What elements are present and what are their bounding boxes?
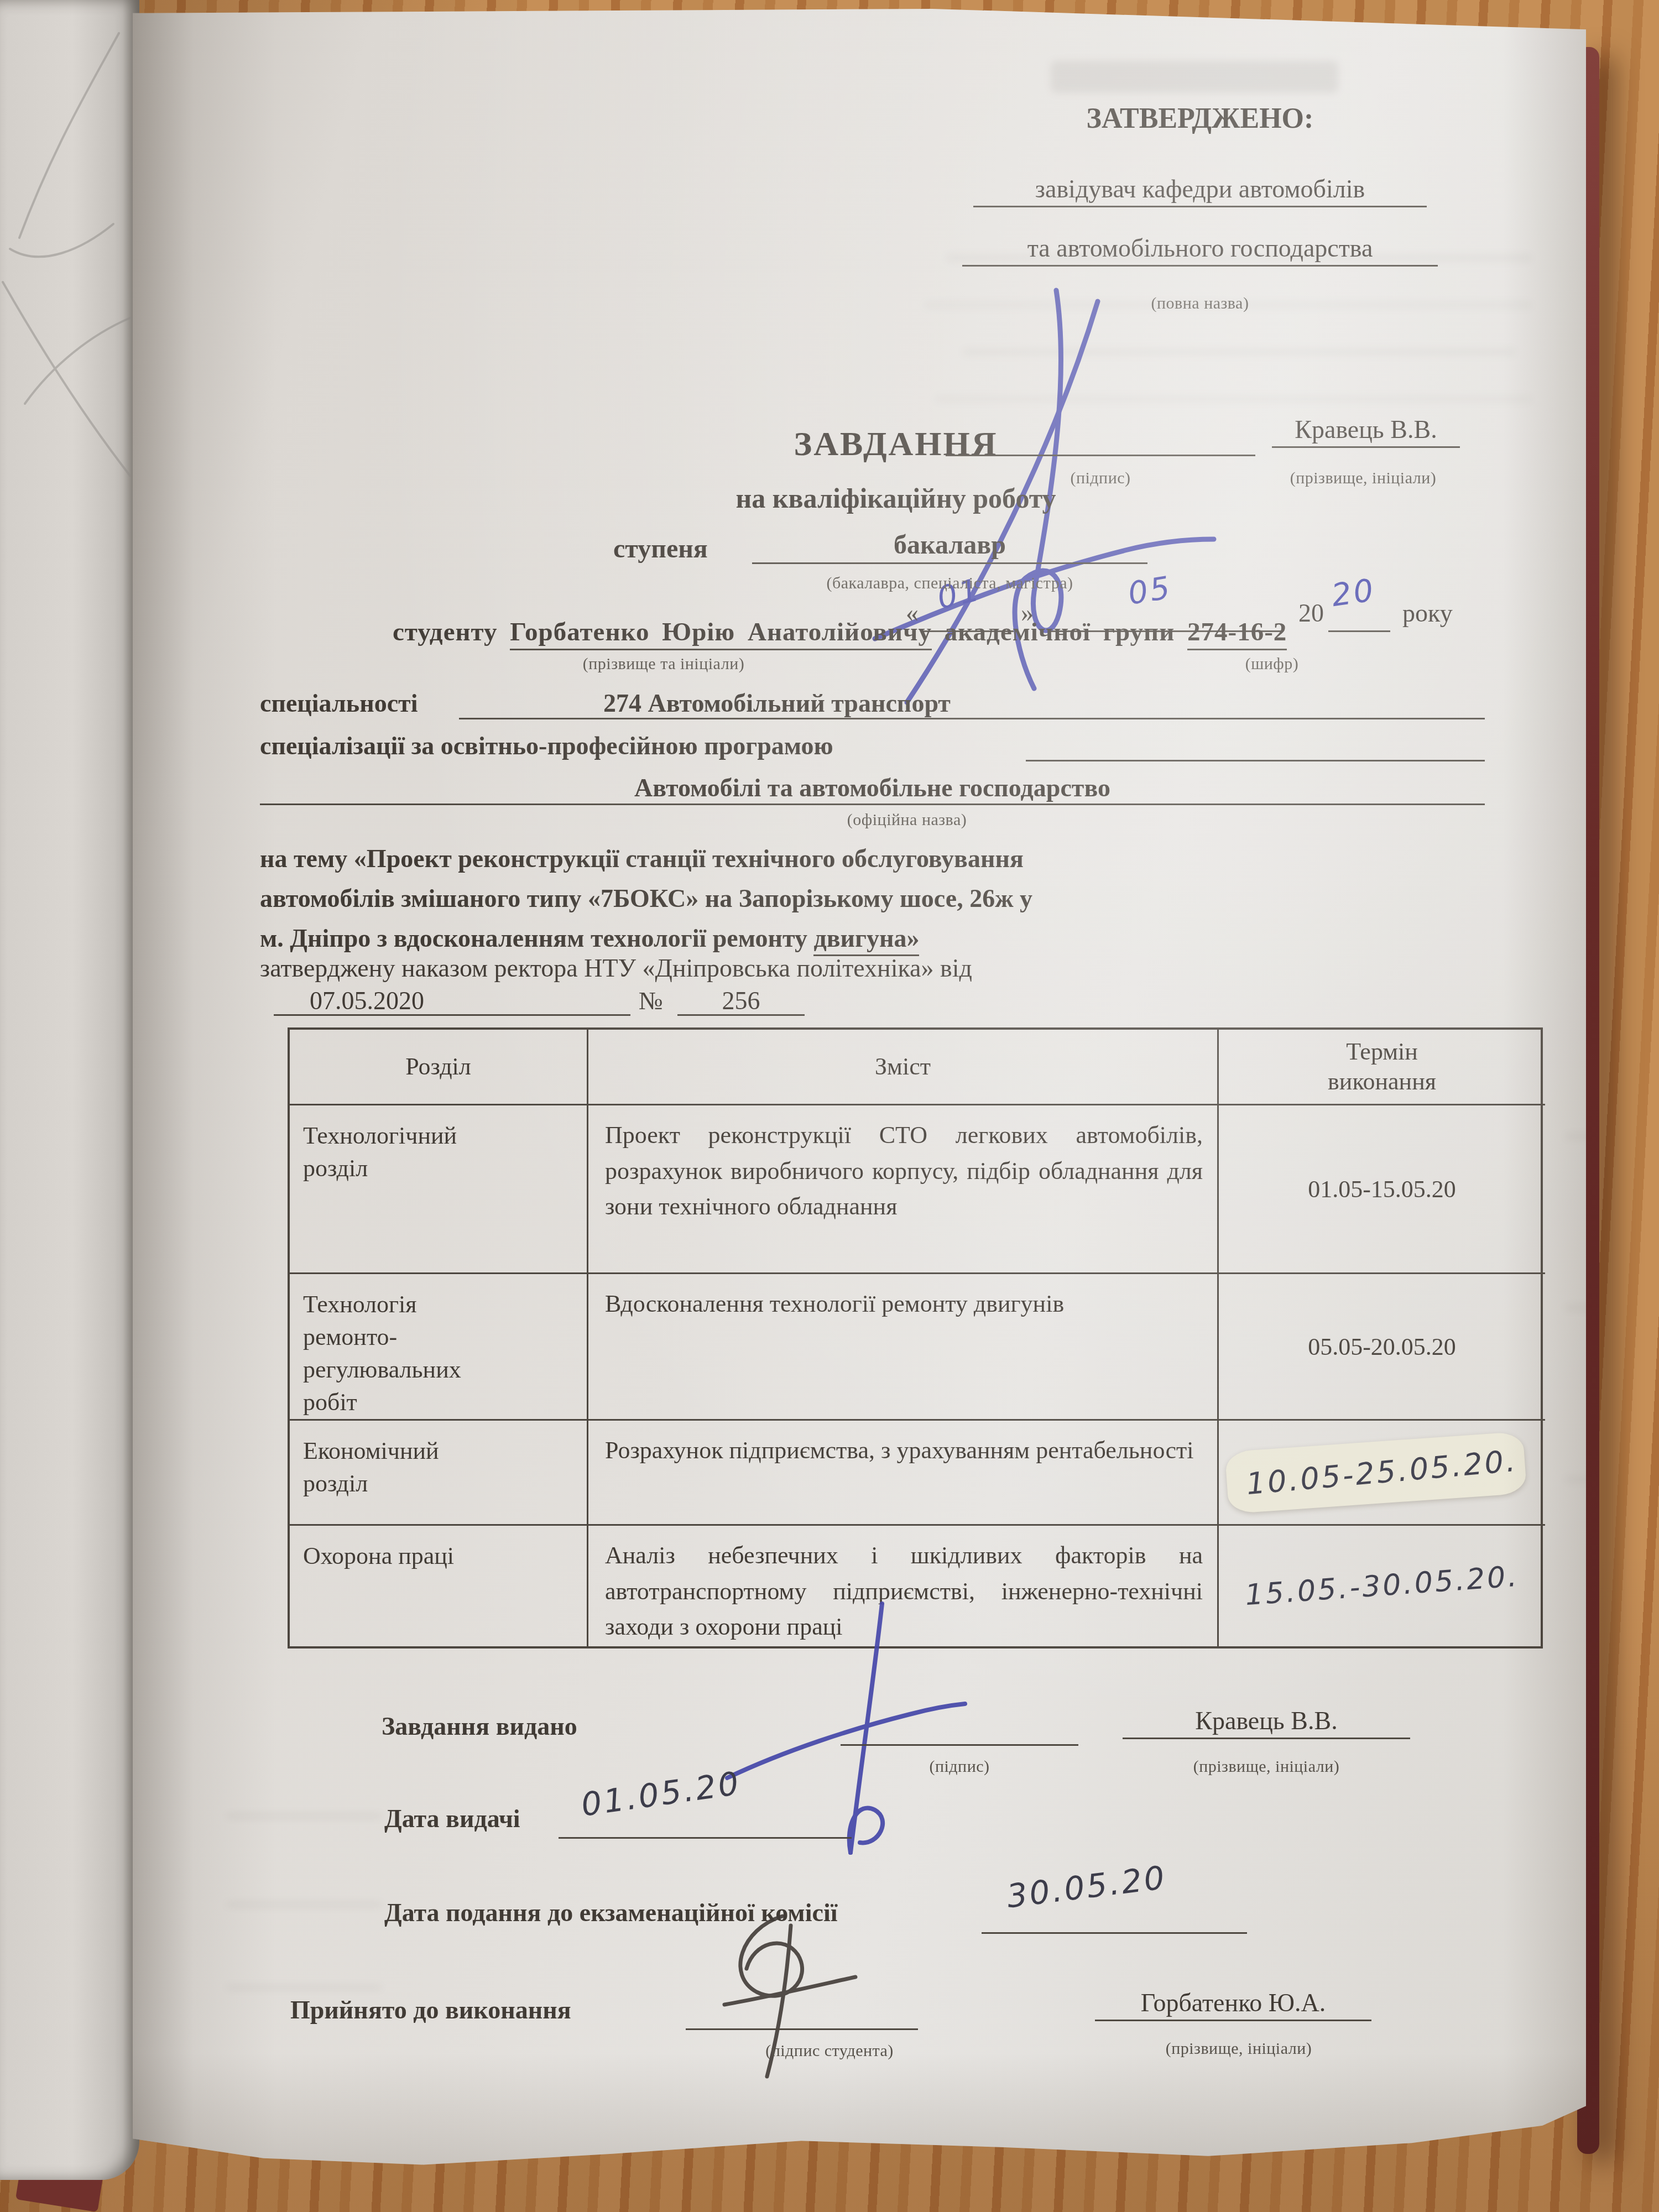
order-number: 256 — [677, 986, 805, 1015]
accepted-signature-line — [686, 1996, 918, 2030]
table-row-term-cell: 15.05.-30.05.20. — [1219, 1526, 1545, 1646]
table-row-section: Економічний розділ — [290, 1421, 588, 1526]
pencil-marks — [0, 22, 138, 520]
date-year-printed: 20 — [1298, 598, 1324, 628]
accepted-name-caption: (прізвище, ініціали) — [1100, 2039, 1377, 2058]
issue-date-label: Дата видачі — [384, 1804, 520, 1833]
degree-caption: (бакалавра, спеціаліста, магістра) — [752, 574, 1147, 593]
degree-value: бакалавр — [752, 530, 1147, 564]
submission-date-line — [982, 1898, 1247, 1934]
student-name: Горбатенко Юрію Анатолійовичу — [510, 618, 932, 650]
topic-line2: автомобілів змішаного типу «7БОКС» на За… — [260, 884, 1548, 913]
approver-position-line1: завідувач кафедри автомобілів — [973, 174, 1427, 207]
accepted-label: Прийнято до виконання — [290, 1995, 571, 2025]
table-header-content: Зміст — [588, 1030, 1219, 1105]
document-subtitle: на кваліфікаційну роботу — [252, 482, 1540, 514]
topic-line3: м. Дніпро з вдосконаленням технології ре… — [260, 924, 1548, 953]
specialty-value: 274 Автомобільний транспорт — [459, 688, 1095, 718]
program-caption: (офіційна назва) — [741, 811, 1073, 830]
work-plan-table: Розділ Зміст Термін виконання Технологіч… — [288, 1027, 1543, 1648]
student-line: студенту Горбатенко Юрію Анатолійовичу а… — [393, 617, 1287, 647]
bleed-through-line — [1565, 1305, 1659, 1311]
specialization-label: спеціалізації за освітньо-професійною пр… — [260, 731, 833, 760]
student-name-caption: (прізвище та ініціали) — [520, 655, 807, 674]
table-row-term-cell: 10.05-25.05.20. — [1219, 1421, 1545, 1526]
table-row-term-handwritten: 15.05.-30.05.20. — [1244, 1560, 1520, 1612]
approved-heading: ЗАТВЕРДЖЕНО: — [907, 102, 1493, 135]
table-row-section: Технологія ремонто- регулювальних робіт — [290, 1274, 588, 1421]
document-title: ЗАВДАННЯ — [252, 425, 1540, 464]
table-row-term: 05.05-20.05.20 — [1219, 1274, 1545, 1421]
issued-signature-line — [841, 1713, 1078, 1746]
bleed-through-line — [1565, 1134, 1659, 1139]
table-row-content: Вдосконалення технології ремонту двигуні… — [588, 1274, 1219, 1421]
issued-name: Кравець В.В. — [1123, 1706, 1410, 1739]
table-header-term: Термін виконання — [1219, 1030, 1545, 1105]
issued-signature-caption: (підпис) — [852, 1757, 1067, 1776]
group-code: 274-16-2 — [1187, 618, 1287, 650]
issued-name-caption: (прізвище, ініціали) — [1123, 1757, 1410, 1776]
table-row-term: 01.05-15.05.20 — [1219, 1105, 1545, 1274]
topic-line1: на тему «Проект реконструкції станції те… — [260, 844, 1548, 873]
topic-line3-text: м. Дніпро з вдосконаленням технології ре… — [260, 924, 813, 952]
table-row-content: Проект реконструкції СТО легкових автомо… — [588, 1105, 1219, 1274]
accepted-signature-caption: (підпис студента) — [702, 2042, 957, 2060]
table-row-content: Розрахунок підприємства, з урахуванням р… — [588, 1421, 1219, 1526]
table-header-section: Розділ — [290, 1030, 588, 1105]
specialization-line — [1026, 730, 1485, 761]
issued-label: Завдання видано — [382, 1712, 577, 1741]
specialty-label: спеціальності — [260, 688, 418, 718]
topic-line3-underlined: двигуна» — [813, 924, 919, 956]
previous-page — [0, 0, 139, 2180]
order-line: затверджену наказом ректора НТУ «Дніпров… — [260, 953, 1548, 983]
bleed-through-line — [227, 1814, 382, 1818]
bleed-through-line — [1565, 1477, 1659, 1482]
order-number-sign: № — [639, 986, 663, 1015]
bleed-through-line — [227, 1902, 382, 1907]
degree-label: ступеня — [613, 534, 708, 564]
accepted-name: Горбатенко Ю.А. — [1095, 1988, 1371, 2021]
group-label: академічної групи — [945, 618, 1175, 646]
student-prefix: студенту — [393, 618, 498, 646]
program-value: Автомобілі та автомобільне господарство — [260, 773, 1485, 802]
group-code-caption: (шифр) — [1183, 655, 1360, 674]
issue-date-line — [559, 1804, 852, 1839]
date-year-word: року — [1402, 598, 1453, 628]
bleed-through-smudge — [1051, 61, 1338, 93]
document-page: ЗАТВЕРДЖЕНО: завідувач кафедри автомобіл… — [133, 6, 1586, 2180]
order-date: 07.05.2020 — [310, 986, 424, 1015]
table-row-section: Технологічний розділ — [290, 1105, 588, 1274]
date-year-handwritten: 20 — [1329, 572, 1378, 614]
bleed-through-line — [227, 1985, 382, 1990]
table-row-section: Охорона праці — [290, 1526, 588, 1646]
